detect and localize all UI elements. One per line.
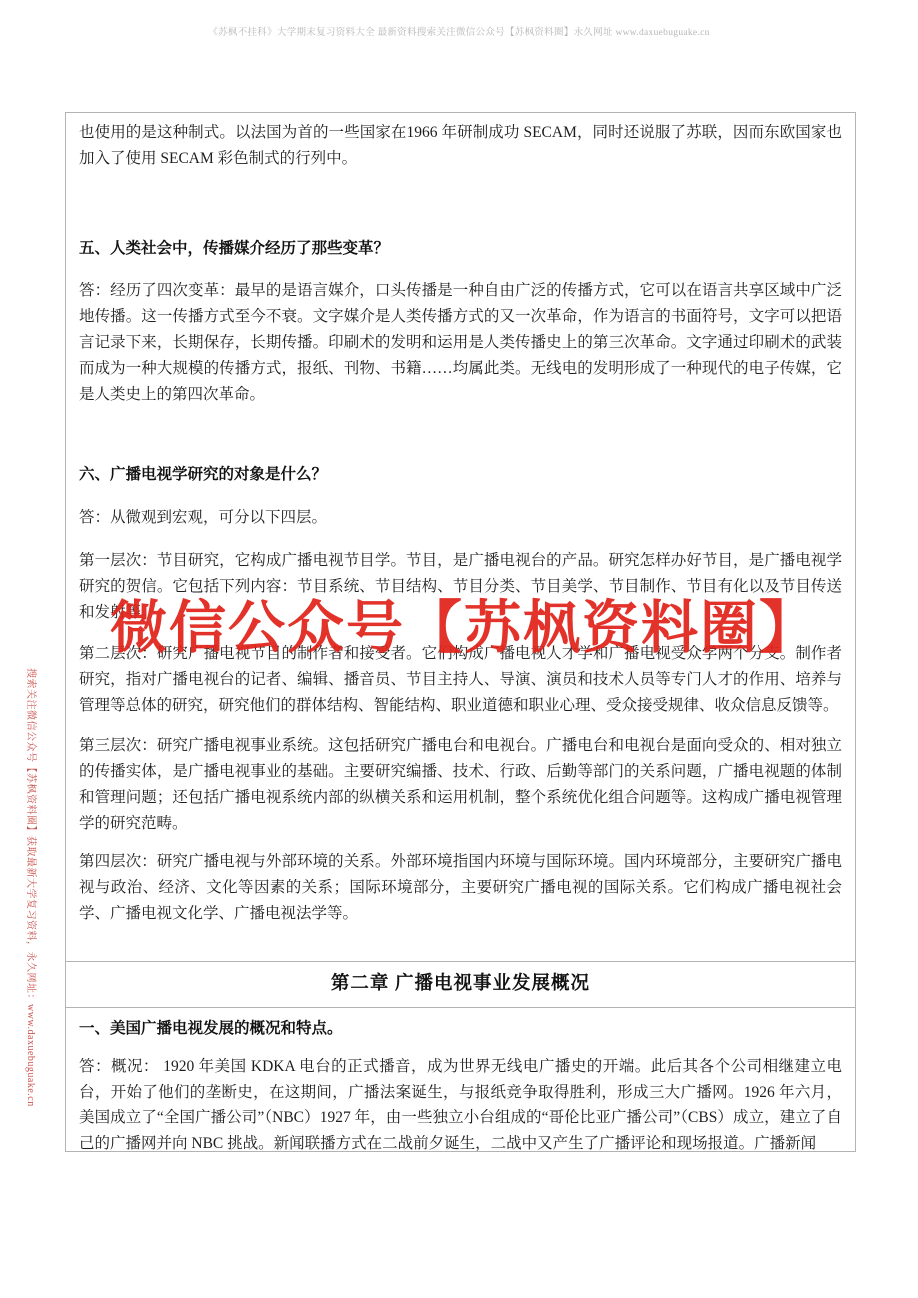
question-6-level-2: 第二层次：研究广播电视节目的制作者和接受者。它们构成广播电视人才学和广播电视受众… — [79, 641, 842, 719]
content-box: 也使用的是这种制式。以法国为首的一些国家在1966 年研制成功 SECAM，同时… — [65, 112, 856, 1152]
question-6-answer-intro: 答：从微观到宏观，可分以下四层。 — [79, 505, 842, 531]
question-6-heading: 六、广播电视学研究的对象是什么？ — [79, 462, 842, 488]
question-6-level-1: 第一层次：节目研究，它构成广播电视节目学。节目，是广播电视台的产品。研究怎样办好… — [79, 548, 842, 626]
chapter-heading-row: 第二章 广播电视事业发展概况 — [66, 961, 855, 1008]
chapter-title: 第二章 广播电视事业发展概况 — [331, 975, 590, 994]
question-6-level-4: 第四层次：研究广播电视与外部环境的关系。外部环境指国内环境与国际环境。国内环境部… — [79, 849, 842, 927]
question-1-answer: 答：概况： 1920 年美国 KDKA 电台的正式播音，成为世界无线电广播史的开… — [79, 1054, 842, 1152]
paragraph-secam: 也使用的是这种制式。以法国为首的一些国家在1966 年研制成功 SECAM，同时… — [79, 120, 842, 172]
question-5-heading: 五、人类社会中，传播媒介经历了那些变革？ — [79, 236, 842, 262]
question-5-answer: 答：经历了四次变革：最早的是语言媒介，口头传播是一种自由广泛的传播方式，它可以在… — [79, 278, 842, 408]
content-cell-chapter2: 一、美国广播电视发展的概况和特点。 答：概况： 1920 年美国 KDKA 电台… — [66, 1008, 855, 1152]
question-1-heading: 一、美国广播电视发展的概况和特点。 — [79, 1016, 842, 1042]
document-page: 《苏枫不挂科》大学期末复习资料大全 最新资料搜索关注微信公众号【苏枫资料圈】永久… — [0, 0, 918, 1298]
question-6-level-3: 第三层次：研究广播电视事业系统。这包括研究广播电台和电视台。广播电台和电视台是面… — [79, 733, 842, 837]
watermark-left-vertical-text: 搜索关注微信公众号【苏枫资料圈】获取最新大学复习资料，永久网址：www.daxu… — [25, 668, 40, 1107]
page-header-text: 《苏枫不挂科》大学期末复习资料大全 最新资料搜索关注微信公众号【苏枫资料圈】永久… — [0, 24, 918, 38]
content-cell-main: 也使用的是这种制式。以法国为首的一些国家在1966 年研制成功 SECAM，同时… — [66, 113, 855, 961]
